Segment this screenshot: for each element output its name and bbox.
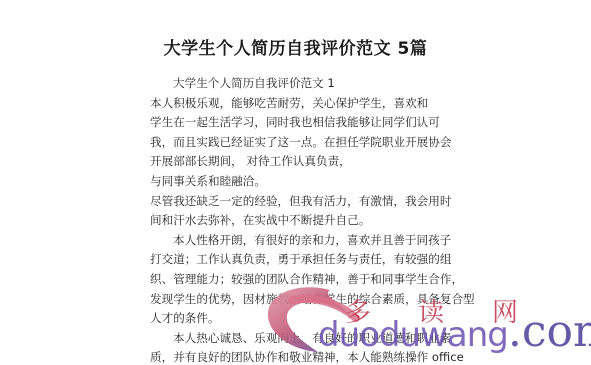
paragraph-line: 打交道；工作认真负责，勇于承担任务与责任，有较强的组 <box>150 250 450 270</box>
document-title: 大学生个人简历自我评价范文 5篇 <box>0 34 591 59</box>
paragraph-line: 与同事关系和睦融洽。 <box>150 172 450 192</box>
document-page: 大学生个人简历自我评价范文 5篇 大学生个人简历自我评价范文 1 本人积极乐观，… <box>0 0 591 365</box>
paragraph-line: 尽管我还缺乏一定的经验，但我有活力，有激情，我会用时 <box>150 192 450 212</box>
paragraph-line: 发现学生的优势，因材施教，培养学生的综合素质，具备复合型 <box>150 290 450 310</box>
paragraph-line: 我，而且实践已经证实了这一点。在担任学院职业开展协会 <box>150 133 450 153</box>
paragraph-line: 本人热心诚恳、乐观向上，有良好的职业道德和职业素 <box>150 329 450 349</box>
paragraph-line: 学生在一起生活学习，同时我也相信我能够让同学们认可 <box>150 113 450 133</box>
section-heading: 大学生个人简历自我评价范文 1 <box>150 74 450 94</box>
paragraph-line: 质，并有良好的团队协作和敬业精神，本人能熟练操作 office <box>150 348 450 365</box>
watermark-char: 网 <box>492 292 518 329</box>
paragraph-line: 人才的条件。 <box>150 309 450 329</box>
document-body: 大学生个人简历自我评价范文 1 本人积极乐观，能够吃苦耐劳，关心保护学生，喜欢和… <box>150 74 450 365</box>
paragraph-line: 本人性格开朗，有很好的亲和力，喜欢并且善于同孩子 <box>150 231 450 251</box>
paragraph-line: 开展部部长期间， 对待工作认真负责， <box>150 152 450 172</box>
paragraph-line: 本人积极乐观，能够吃苦耐劳，关心保护学生，喜欢和 <box>150 94 450 114</box>
paragraph-line: 织、管理能力；较强的团队合作精神，善于和同事学生合作， <box>150 270 450 290</box>
paragraph-line: 间和汗水去弥补，在实战中不断提升自己。 <box>150 211 450 231</box>
watermark-tld: .com <box>508 306 591 357</box>
